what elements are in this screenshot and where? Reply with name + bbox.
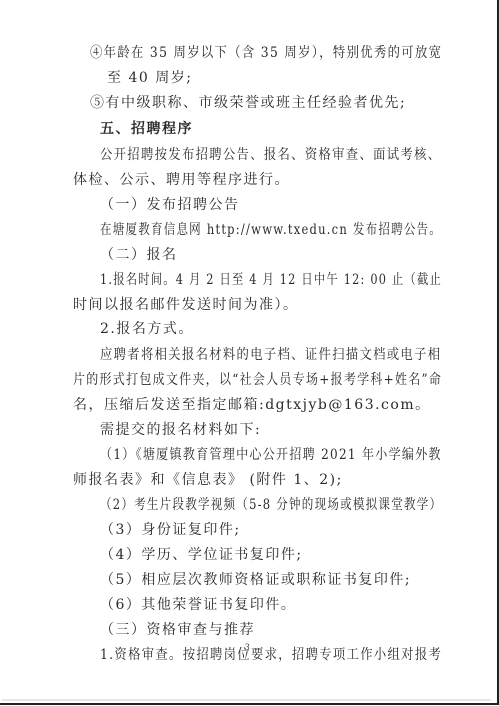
text-line: 2.报名方式。 [100, 320, 194, 338]
page-bottom-shadow [2, 699, 491, 701]
text-line: 需提交的报名材料如下: [100, 421, 261, 439]
text-line: （二）报名 [100, 246, 178, 264]
text-line: 时间以报名邮件发送时间为准）。 [73, 296, 299, 314]
text-line: （6）其他荣誉证书复印件。 [100, 596, 296, 614]
text-line: 公开招聘按发布招聘公告、报名、资格审查、面试考核、 [100, 146, 441, 164]
text-line: 1.报名时间。4 月 2 日至 4 月 12 日中午 12: 00 止（截止 [100, 271, 442, 289]
text-line: 师报名表》和《信息表》 (附件 1、2); [73, 471, 343, 489]
text-line: （1）《塘厦镇教育管理中心公开招聘 2021 年小学编外教 [100, 446, 442, 464]
text-line: 体检、公示、聘用等程序进行。 [73, 171, 290, 189]
text-line: （4）学历、学位证书复印件; [100, 546, 303, 564]
text-line: 1.资格审查。按招聘岗位要求，招聘专项工作小组对报考 [100, 646, 442, 664]
text-line: 名，压缩后发送至指定邮箱:dgtxjyb@163.com。 [73, 396, 431, 414]
text-line: （一）发布招聘公告 [100, 196, 240, 214]
text-line: 片的形式打包成文件夹，以“社会人员专场+报考学科+姓名”命 [73, 371, 442, 389]
text-line: （三）资格审查与推荐 [100, 621, 255, 639]
text-line: ④年龄在 35 周岁以下（含 35 周岁），特别优秀的可放宽 [90, 44, 442, 62]
text-line: （3）身份证复印件; [100, 521, 241, 539]
text-line: ⑤有中级职称、市级荣誉或班主任经验者优先; [90, 94, 406, 112]
page-number: 3 [245, 642, 250, 652]
text-line: 在塘厦教育信息网 http://www.txedu.cn 发布招聘公告。 [100, 221, 442, 239]
text-line: （5）相应层次教师资格证或职称证书复印件; [100, 571, 411, 589]
text-line: （2）考生片段教学视频（5-8 分钟的现场或模拟课堂教学） [100, 496, 442, 514]
section-heading: 五、招聘程序 [100, 120, 193, 138]
document-page: ④年龄在 35 周岁以下（含 35 周岁），特别优秀的可放宽至 40 周岁;⑤有… [0, 0, 499, 705]
text-line: 至 40 周岁; [107, 69, 192, 87]
text-line: 应聘者将相关报名材料的电子档、证件扫描文档或电子相 [100, 346, 441, 364]
